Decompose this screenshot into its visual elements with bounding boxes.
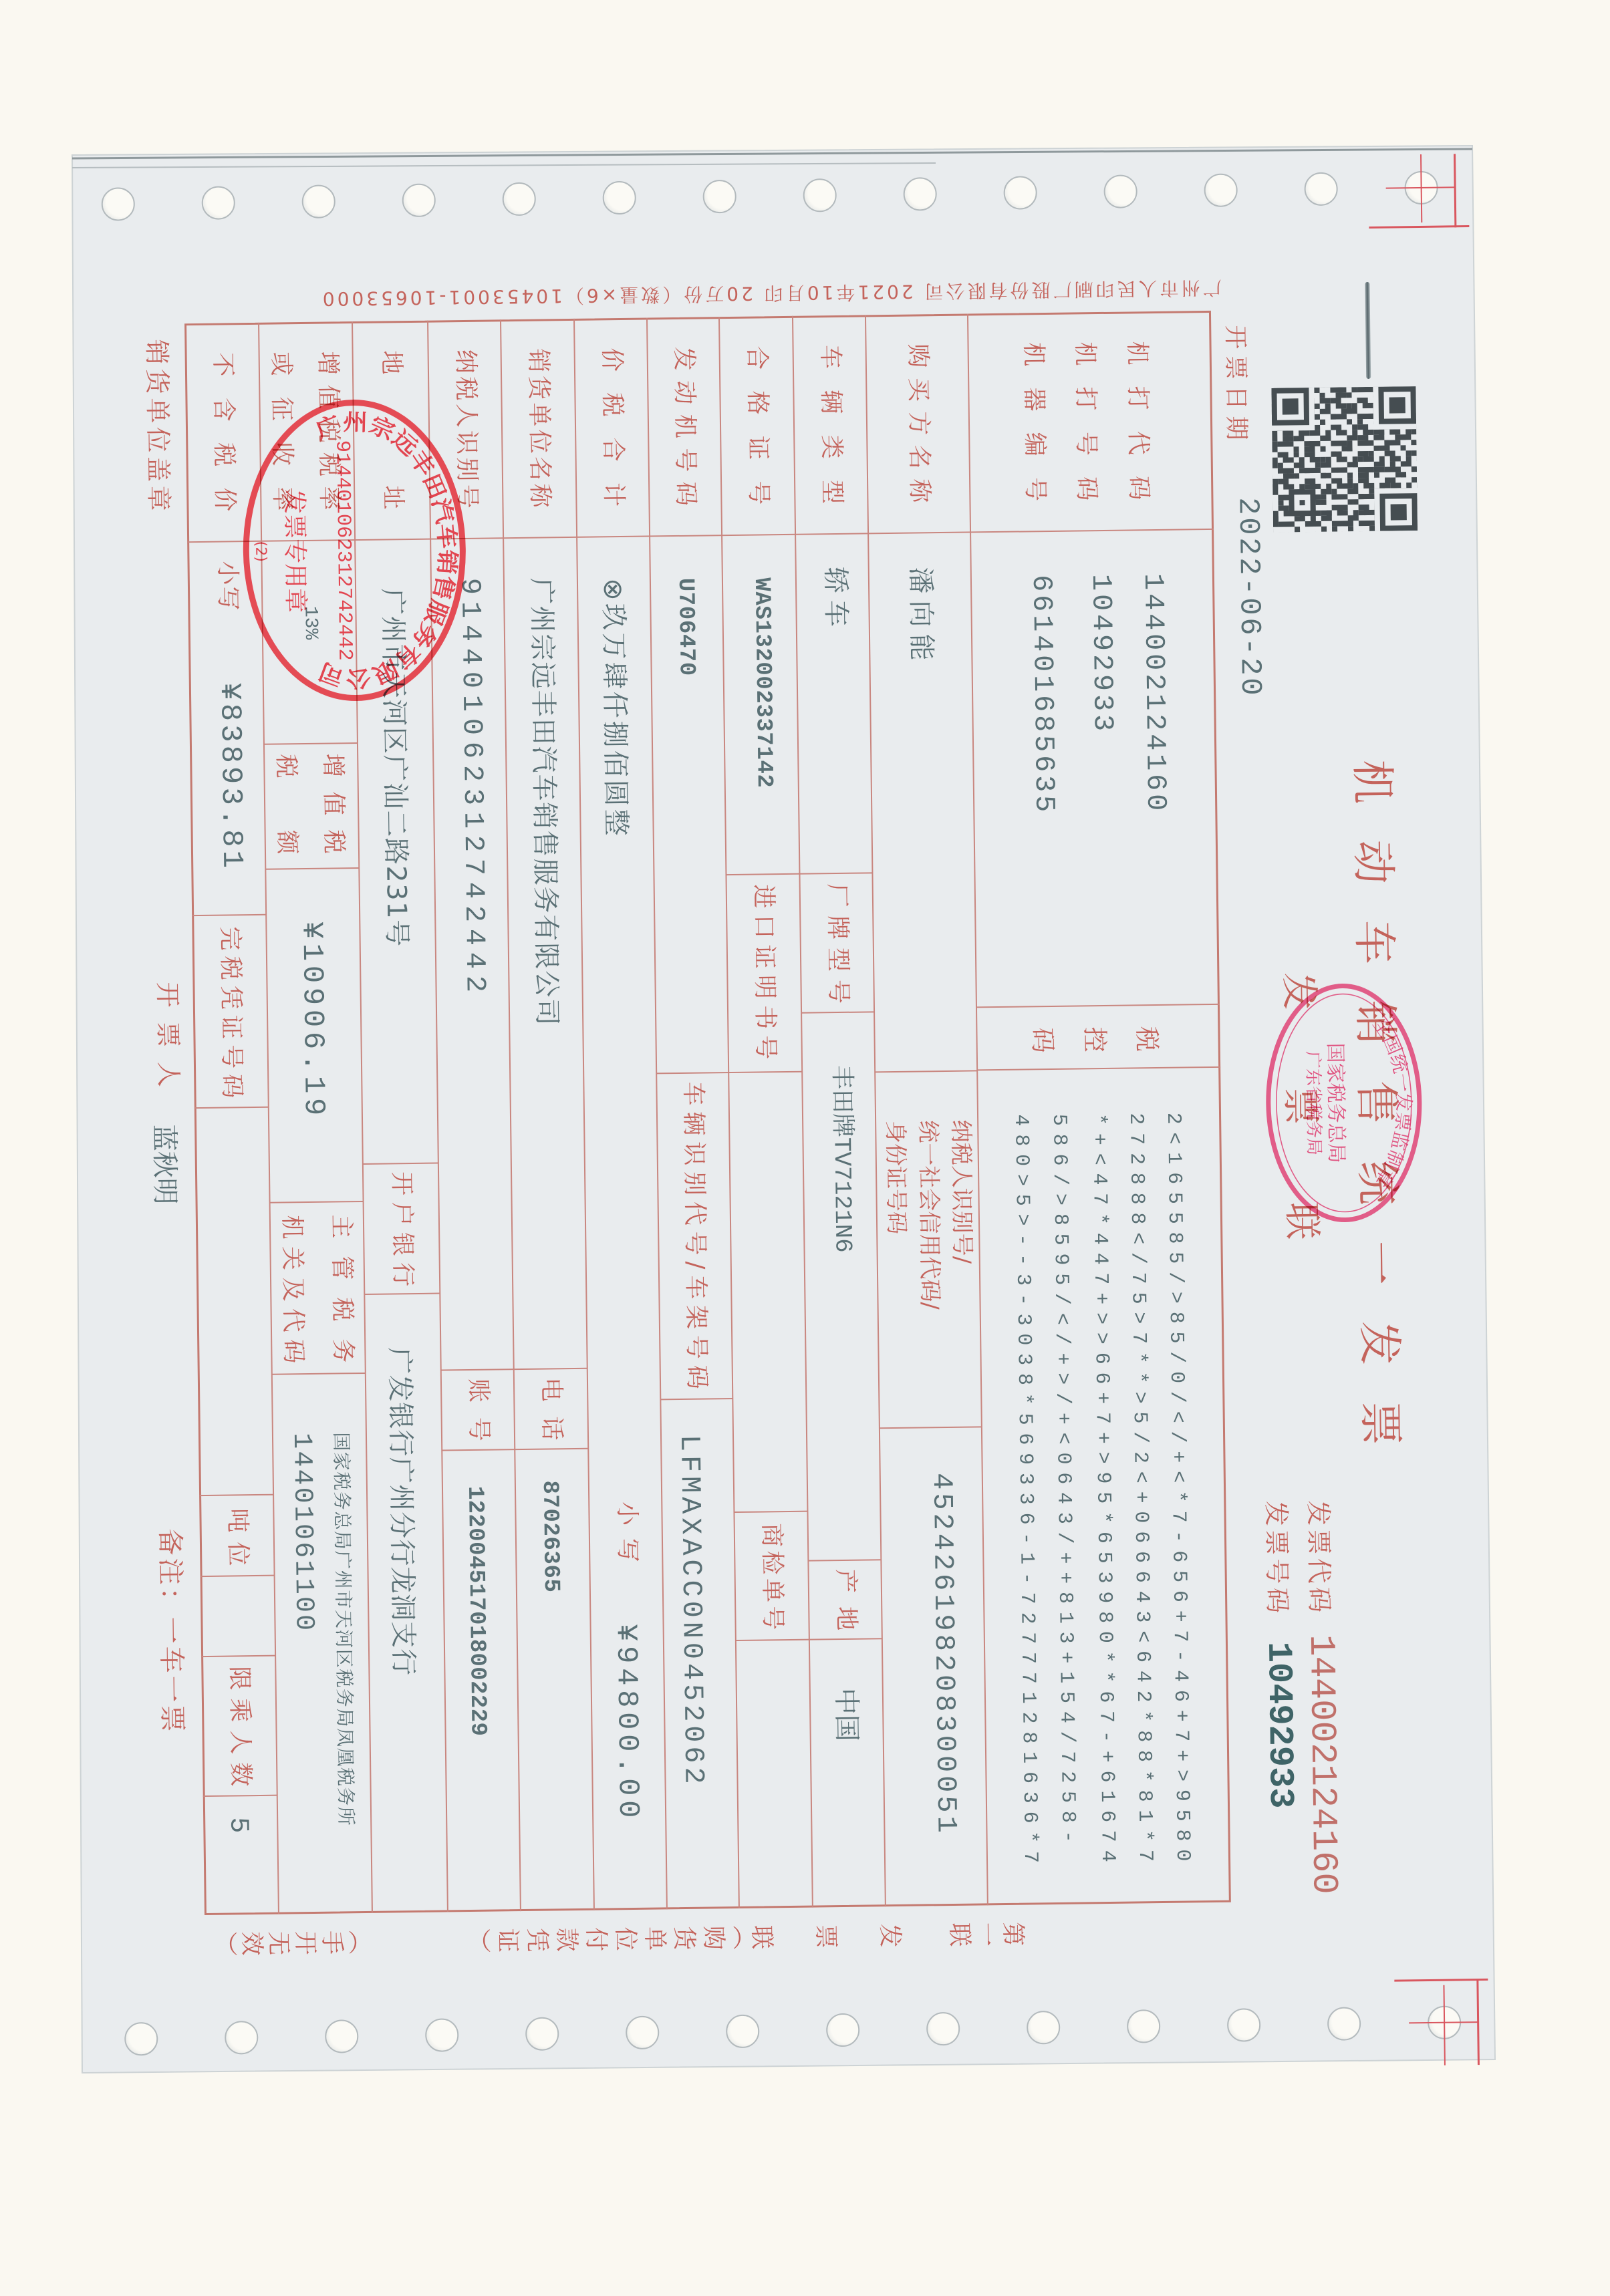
sprocket-hole bbox=[402, 183, 436, 217]
bank: 广发银行广州分行龙洞支行 bbox=[386, 1347, 416, 1676]
total-in-words: ⊗玖万肆仟捌佰圆整 bbox=[599, 578, 630, 839]
sprocket-hole bbox=[1103, 174, 1137, 208]
sprocket-hole bbox=[301, 184, 336, 219]
buyer-name: 潘向能 bbox=[907, 567, 935, 667]
tonnage-label: 吨位 bbox=[225, 1508, 249, 1566]
machine-serial-label: 机器编号 bbox=[1021, 342, 1047, 501]
inspection-label: 商检单号 bbox=[759, 1523, 785, 1630]
sprocket-hole bbox=[926, 2012, 960, 2046]
total-label: 价税合计 bbox=[599, 347, 626, 507]
total-small-label: 小写 bbox=[614, 1501, 639, 1562]
sprocket-hole bbox=[1204, 173, 1238, 207]
staple-icon bbox=[1365, 282, 1371, 379]
buyer-id-label-line: 身份证号码 bbox=[884, 1121, 908, 1234]
seller-stamp-index: (2) bbox=[252, 541, 269, 562]
sprocket-hole bbox=[903, 177, 937, 211]
origin-label: 产地 bbox=[833, 1569, 858, 1630]
vin-label: 车辆识别代号/车架号码 bbox=[680, 1082, 708, 1389]
phone-label: 电话 bbox=[539, 1377, 563, 1440]
sprocket-hole bbox=[124, 2022, 158, 2056]
invoice-code: 144002124160 bbox=[1302, 1634, 1341, 1895]
sprocket-hole bbox=[1304, 172, 1338, 206]
vin: LFMAXACC0N0452062 bbox=[675, 1435, 708, 1788]
sprocket-hole bbox=[201, 186, 235, 220]
vehicle-type: 轿车 bbox=[822, 567, 849, 633]
seller-stamp-tax-id: 914401062312742442 bbox=[330, 440, 356, 661]
tax-receipt-label: 完税凭证号码 bbox=[217, 926, 243, 1098]
buyer-name-label: 购买方名称 bbox=[906, 343, 932, 503]
price-ex-tax-label: 不含税价 bbox=[211, 352, 237, 511]
side-purpose: （购货单位付款凭证） bbox=[462, 1923, 756, 1951]
invoice-number: 10492933 bbox=[1260, 1641, 1297, 1808]
sprocket-hole bbox=[225, 2021, 259, 2055]
sprocket-hole bbox=[1327, 2007, 1361, 2041]
issue-date: 2022-06-20 bbox=[1232, 497, 1264, 698]
passenger-limit-label: 限乘人数 bbox=[227, 1666, 252, 1786]
buyer-id-label-line: 纳税人识别号/ bbox=[949, 1120, 974, 1264]
vat-amount-label-line: 税额 bbox=[273, 754, 299, 854]
engine-number: U706470 bbox=[674, 578, 698, 676]
tax-authority-label-line: 主管税务 bbox=[329, 1214, 355, 1362]
qr-code-icon bbox=[1271, 386, 1418, 533]
machine-number: 10492933 bbox=[1087, 574, 1117, 735]
machine-serial: 661401685635 bbox=[1027, 575, 1059, 816]
sprocket-hole bbox=[1127, 2009, 1161, 2043]
import-cert-label: 进口证明书号 bbox=[751, 884, 777, 1059]
seller-invoice-stamp: 广州宗远丰田汽车销售服务有限公司 914401062312742442 发票专用… bbox=[241, 398, 468, 703]
printer-imprint: 广州市人民印刷厂股份有限公司 2021年10月印 20万份（数量×6）10453… bbox=[320, 278, 1222, 308]
certificate-label: 合格证号 bbox=[745, 345, 771, 505]
sprocket-hole bbox=[602, 181, 636, 215]
supervision-stamp-bottom: 广东省税务局 bbox=[1303, 1051, 1324, 1155]
seller-name: 广州宗远丰田汽车销售服务有限公司 bbox=[528, 577, 560, 1026]
buyer-id-label-line: 统一社会信用代码/ bbox=[916, 1120, 942, 1310]
issue-date-label: 开票日期 bbox=[1222, 325, 1248, 440]
account-label: 账号 bbox=[466, 1379, 491, 1441]
account: 122004517018002229 bbox=[463, 1486, 489, 1737]
sprocket-hole bbox=[425, 2018, 459, 2052]
sprocket-hole bbox=[626, 2016, 660, 2050]
bank-label: 开户银行 bbox=[389, 1171, 414, 1286]
machine-number-label: 机打号码 bbox=[1072, 341, 1098, 500]
sprocket-hole bbox=[325, 2019, 359, 2053]
sprocket-hole bbox=[502, 182, 536, 217]
certificate-number: WAS132002337142 bbox=[750, 577, 775, 788]
tax-authority-code: 14401061100 bbox=[287, 1433, 317, 1633]
tax-authority-label-line: 机关及代码 bbox=[279, 1215, 305, 1363]
price-ex-tax: ¥83893.81 bbox=[215, 682, 247, 871]
origin: 中国 bbox=[833, 1688, 860, 1741]
seller-name-label: 销货单位名称 bbox=[526, 348, 552, 507]
sprocket-hole bbox=[1027, 2011, 1061, 2045]
sprocket-hole bbox=[1227, 2008, 1261, 2042]
issuer-label: 开票人 bbox=[154, 982, 181, 1087]
motor-vehicle-invoice: 广州市人民印刷厂股份有限公司 2021年10月印 20万份（数量×6）10453… bbox=[65, 154, 1496, 2082]
seller-stamp-title: 发票专用章 bbox=[280, 489, 309, 613]
supervision-stamp-center: 国家税务总局 bbox=[1323, 1042, 1348, 1163]
sprocket-hole bbox=[101, 187, 135, 221]
vat-amount-label-line: 增值税 bbox=[320, 753, 346, 853]
total-amount: ¥94800.00 bbox=[611, 1624, 643, 1823]
tax-authority: 国家税务总局广州市天河区税务局凤凰税务所 bbox=[331, 1432, 355, 1826]
issuer-name: 蓝秋明 bbox=[150, 1124, 178, 1204]
supervision-stamp: 全国统一发票监制章 国家税务总局 广东省税务局 bbox=[1264, 982, 1425, 1224]
phone: 87026365 bbox=[538, 1480, 562, 1592]
sprocket-hole bbox=[726, 2015, 760, 2049]
invoice-code-label: 发票代码 bbox=[1305, 1500, 1332, 1612]
buyer-id-number: 452426198208300051 bbox=[928, 1473, 960, 1836]
machine-code-label: 机打代码 bbox=[1124, 341, 1150, 500]
side-warning: （手开无效） bbox=[211, 1928, 372, 1954]
invoice-number-label: 发票号码 bbox=[1263, 1501, 1290, 1613]
sprocket-hole bbox=[1003, 176, 1037, 210]
brand-model: 丰田牌TV7121N6 bbox=[828, 1065, 855, 1253]
seller-seal-label: 销货单位盖章 bbox=[144, 339, 171, 511]
engine-label: 发动机号码 bbox=[672, 347, 698, 506]
vat-amount: ¥10906.19 bbox=[296, 921, 328, 1121]
sprocket-hole bbox=[525, 2017, 559, 2051]
sprocket-hole bbox=[803, 178, 837, 212]
side-copy-number: 第一联 bbox=[946, 1920, 1026, 1945]
price-ex-tax-small-label: 小写 bbox=[215, 561, 240, 610]
passenger-limit: 5 bbox=[224, 1817, 251, 1834]
tax-control-label: 税控码 bbox=[1004, 1024, 1160, 1051]
brand-model-label: 厂牌型号 bbox=[825, 883, 850, 1004]
machine-code: 144002124160 bbox=[1139, 573, 1170, 815]
vehicle-type-label: 车辆类型 bbox=[818, 345, 844, 504]
sprocket-hole bbox=[826, 2013, 860, 2047]
sprocket-hole bbox=[702, 180, 736, 214]
remark: 备注：一车一票 bbox=[156, 1528, 186, 1734]
